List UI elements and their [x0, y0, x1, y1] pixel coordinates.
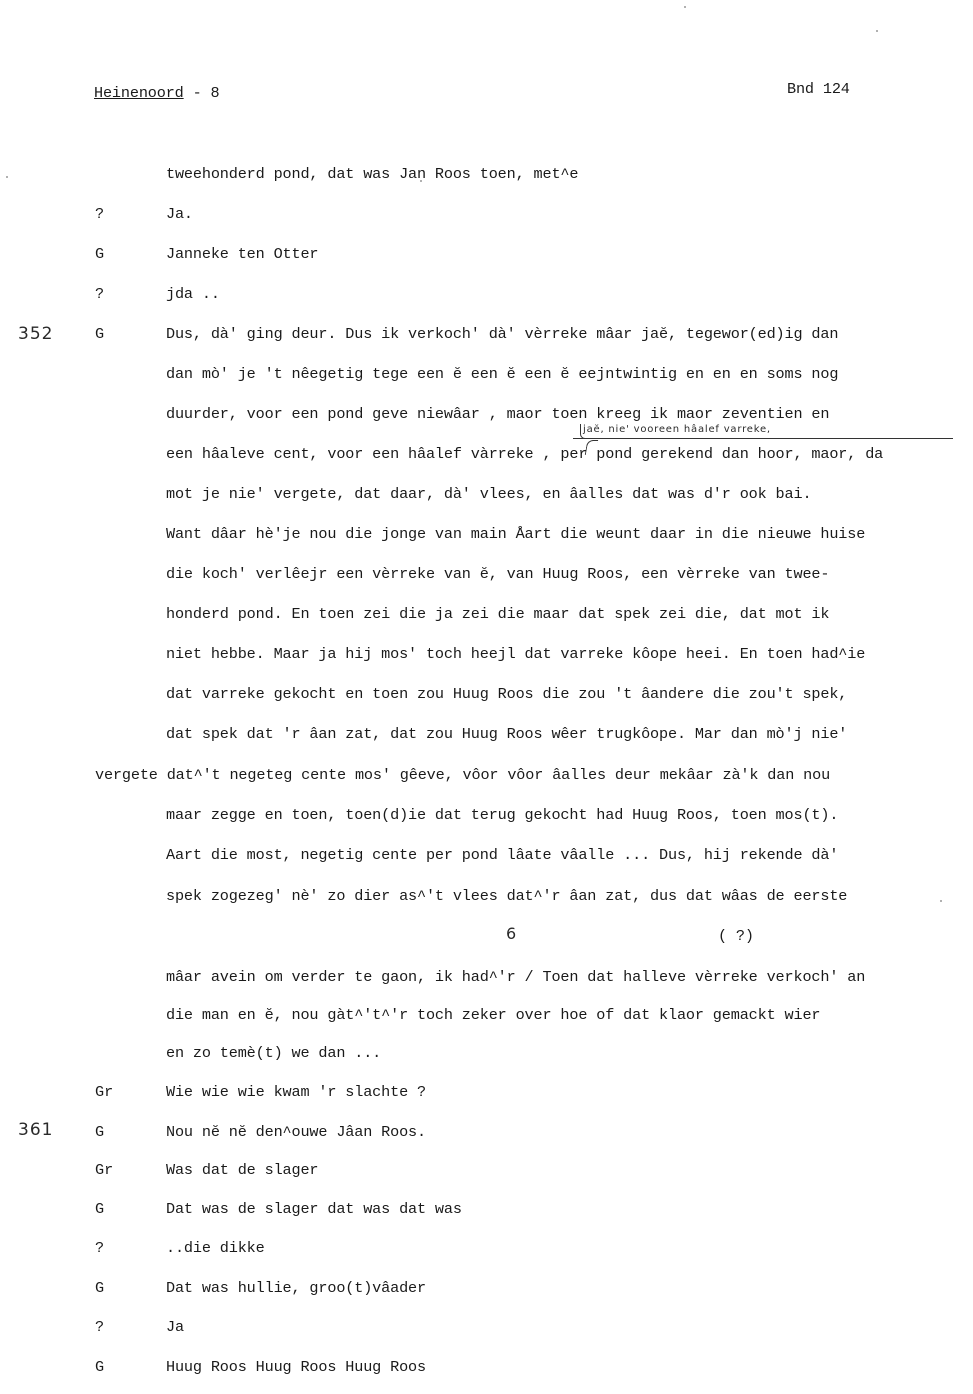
speaker-label: Gr [95, 1083, 113, 1101]
annotation-underline [573, 438, 953, 439]
speaker-label: Gr [95, 1161, 113, 1179]
speaker-label: G [95, 1123, 104, 1141]
transcript-line: niet hebbe. Maar ja hij mos' toch heejl … [166, 645, 865, 663]
insert-bracket-mark [580, 424, 587, 439]
scan-speck [420, 180, 422, 182]
speaker-label: G [95, 1200, 104, 1218]
document-title: Heinenoord [94, 84, 184, 102]
transcript-line: vergete dat^'t negeteg cente mos' gêeve,… [95, 766, 830, 784]
handwritten-number: 6 [506, 924, 516, 943]
transcript-line: een hâaleve cent, voor een hâalef vàrrek… [166, 445, 883, 463]
page-header-title: Heinenoord - 8 [94, 84, 220, 102]
speaker-label: ? [95, 1239, 104, 1257]
transcript-line: Want dâar hè'je nou die jonge van main Å… [166, 525, 865, 543]
transcript-line: die koch' verlêejr een vèrreke van ĕ, va… [166, 565, 829, 583]
transcript-line: Ja. [166, 205, 193, 223]
transcript-line: en zo temè(t) we dan ... [166, 1044, 381, 1062]
transcript-line: Huug Roos Huug Roos Huug Roos [166, 1358, 426, 1376]
transcript-line: Aart die most, negetig cente per pond lâ… [166, 846, 838, 864]
transcript-line: ..die dikke [166, 1239, 265, 1257]
transcript-line: Dat was de slager dat was dat was [166, 1200, 462, 1218]
transcript-line: Dus, dà' ging deur. Dus ik verkoch' dà' … [166, 325, 838, 343]
transcript-line: honderd pond. En toen zei die ja zei die… [166, 605, 829, 623]
speaker-label: G [95, 1358, 104, 1376]
transcript-line: tweehonderd pond, dat was Jan Roos toen,… [166, 165, 578, 183]
transcript-line: Wie wie wie kwam 'r slachte ? [166, 1083, 426, 1101]
scan-speck [6, 176, 8, 178]
speaker-label: G [95, 1279, 104, 1297]
page-number: - 8 [184, 84, 220, 102]
transcript-line: jda .. [166, 285, 220, 303]
margin-note-352: 352 [18, 324, 53, 344]
speaker-label: ? [95, 285, 104, 303]
transcript-line: dat spek dat 'r âan zat, dat zou Huug Ro… [166, 725, 847, 743]
speaker-label: G [95, 325, 104, 343]
transcript-line: Ja [166, 1318, 184, 1336]
band-number: Bnd 124 [787, 80, 850, 98]
transcript-line: Was dat de slager [166, 1161, 318, 1179]
speaker-label: ? [95, 1318, 104, 1336]
handwritten-annotation: jaĕ, nie' vooreen hâalef varreke, [583, 424, 771, 435]
speaker-label: G [95, 245, 104, 263]
transcript-line: die man en ĕ, nou gàt^'t^'r toch zeker o… [166, 1006, 820, 1024]
transcript-line: spek zogezeg' nè' zo dier as^'t vlees da… [166, 887, 847, 905]
transcript-line: duurder, voor een pond geve niewâar , ma… [166, 405, 829, 423]
transcript-line: mot je nie' vergete, dat daar, dà' vlees… [166, 485, 811, 503]
scan-speck [684, 6, 686, 8]
transcript-line: Janneke ten Otter [166, 245, 318, 263]
margin-note-361: 361 [18, 1120, 53, 1140]
transcript-line: dan mò' je 't nêegetig tege een ĕ een ĕ … [166, 365, 838, 383]
scan-speck [940, 900, 942, 902]
query-mark: ( ?) [718, 927, 754, 945]
transcript-line: maar zegge en toen, toen(d)ie dat terug … [166, 806, 838, 824]
transcript-line: Nou nĕ nĕ den^ouwe Jâan Roos. [166, 1123, 426, 1141]
transcript-line: mâar avein om verder te gaon, ik had^'r … [166, 968, 865, 986]
speaker-label: ? [95, 205, 104, 223]
transcript-line: dat varreke gekocht en toen zou Huug Roo… [166, 685, 847, 703]
scan-speck [876, 30, 878, 32]
transcript-line: Dat was hullie, groo(t)vâader [166, 1279, 426, 1297]
